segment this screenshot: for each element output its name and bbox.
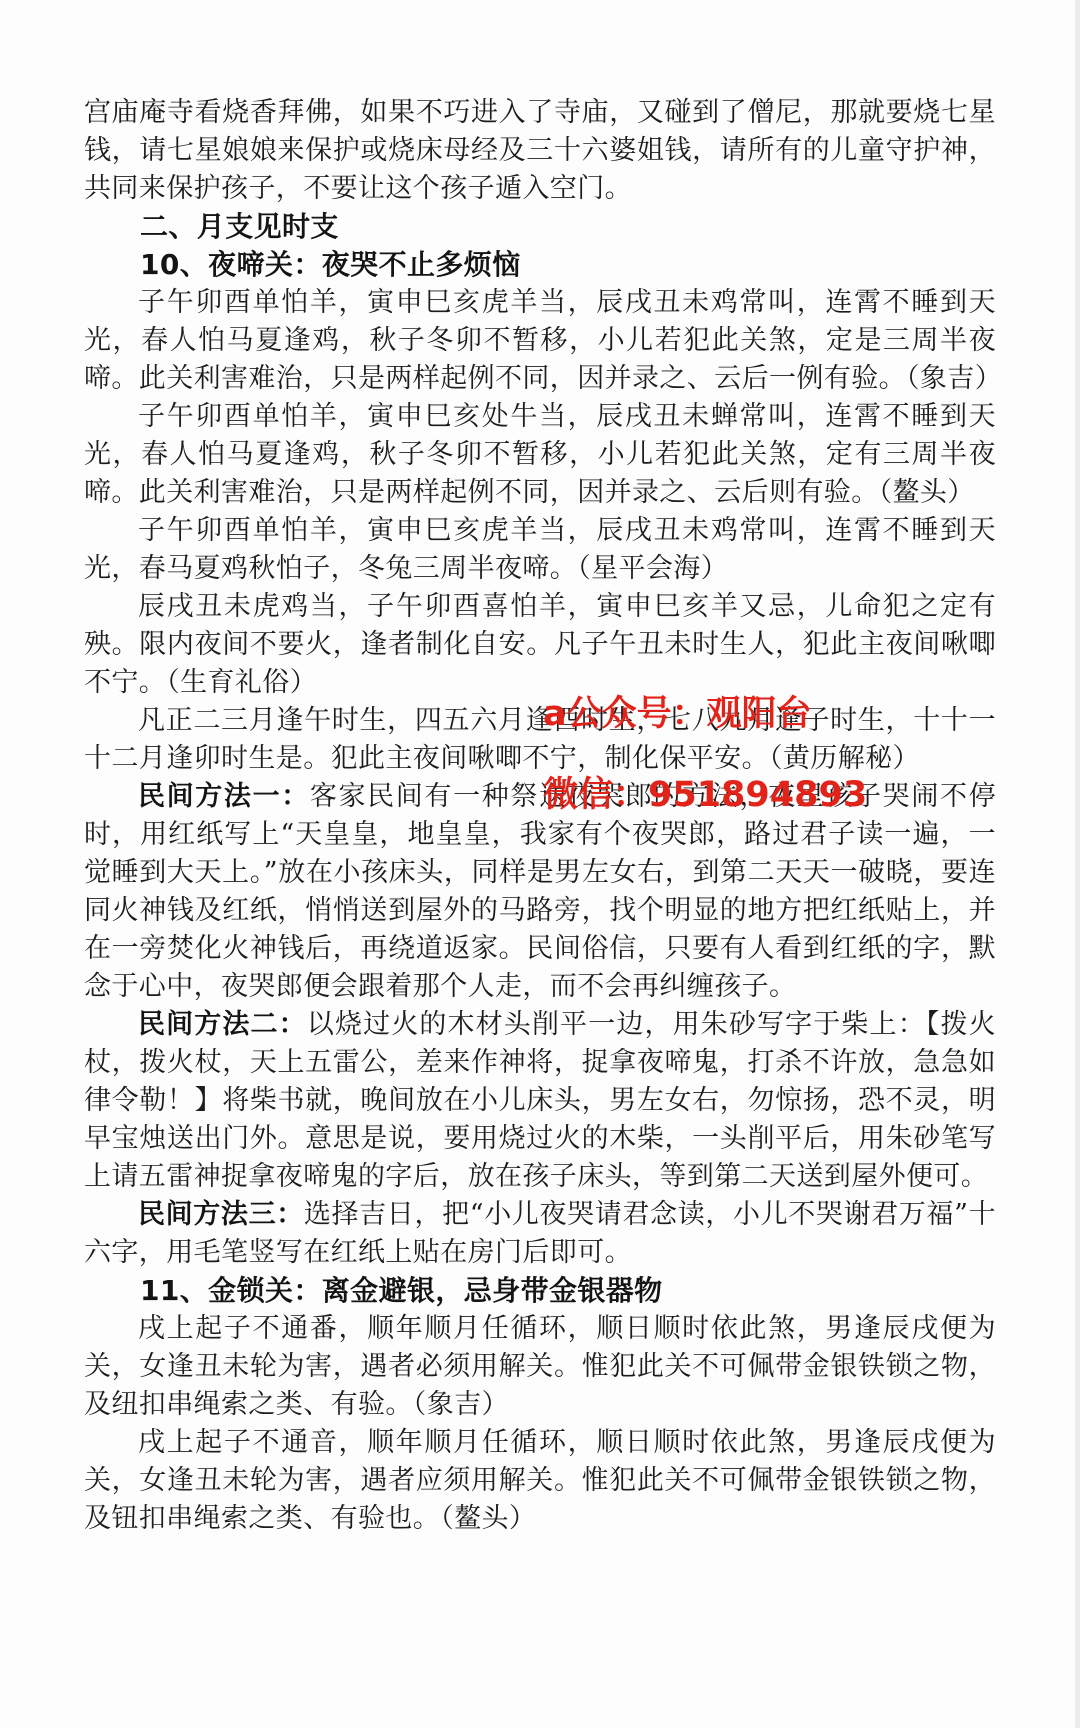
folk-method-2-label: 民间方法二： xyxy=(138,1009,307,1040)
section-heading-month-branch: 二、月支见时支 xyxy=(84,208,996,246)
folk-method-3-label: 民间方法三： xyxy=(138,1199,304,1230)
folk-method-1-label: 民间方法一： xyxy=(138,781,310,812)
page-edge-shadow xyxy=(1075,0,1080,1728)
paragraph-continuation: 宫庙庵寺看烧香拜佛，如果不巧进入了寺庙，又碰到了僧尼，那就要烧七星钱，请七星娘娘… xyxy=(84,94,996,208)
folk-method-3-paragraph: 民间方法三：选择吉日，把“小儿夜哭请君念读，小儿不哭谢君万福”十六字，用毛笔竖写… xyxy=(84,1196,996,1272)
verse-paragraph-aotou: 子午卯酉单怕羊，寅申巳亥处牛当，辰戌丑未蝉常叫，连霄不睡到天光，春人怕马夏逢鸡，… xyxy=(84,398,996,512)
text-column: 宫庙庵寺看烧香拜佛，如果不巧进入了寺庙，又碰到了僧尼，那就要烧七星钱，请七星娘娘… xyxy=(84,94,996,1538)
document-page: 宫庙庵寺看烧香拜佛，如果不巧进入了寺庙，又碰到了僧尼，那就要烧七星钱，请七星娘娘… xyxy=(0,0,1080,1728)
verse-paragraph-goldlock-xiangji: 戌上起子不通番，顺年顺月任循环，顺日顺时依此煞，男逢辰戌便为关，女逢丑未轮为害，… xyxy=(84,1310,996,1424)
topic-heading-10-night-cry: 10、夜啼关：夜哭不止多烦恼 xyxy=(84,246,996,284)
verse-paragraph-shengyulisu: 辰戌丑未虎鸡当，子午卯酉喜怕羊，寅申巳亥羊又忌，儿命犯之定有殃。限内夜间不要火，… xyxy=(84,588,996,702)
watermark-public-account-text: a公众号：观阳台 xyxy=(543,697,812,732)
watermark-wechat-id-text: 微信：951894893 xyxy=(543,778,867,813)
verse-paragraph-goldlock-aotou: 戌上起子不通音，顺年顺月任循环，顺日顺时依此煞，男逢辰戌便为关，女逢丑未轮为害，… xyxy=(84,1424,996,1538)
verse-paragraph-xingpinghuihai: 子午卯酉单怕羊，寅申巳亥虎羊当，辰戌丑未鸡常叫，连霄不睡到天光，春马夏鸡秋怕子，… xyxy=(84,512,996,588)
folk-method-2-paragraph: 民间方法二：以烧过火的木材头削平一边，用朱砂写字于柴上：【拨火杖，拨火杖，天上五… xyxy=(84,1006,996,1196)
verse-paragraph-huanglijiemi: 凡正二三月逢午时生，四五六月逢酉时生，七八九月逢子时生，十十一十二月逢卯时生是。… xyxy=(84,702,996,778)
verse-paragraph-xiangji: 子午卯酉单怕羊，寅申巳亥虎羊当，辰戌丑未鸡常叫，连霄不睡到天光，春人怕马夏逢鸡，… xyxy=(84,284,996,398)
topic-heading-11-gold-lock: 11、金锁关：离金避银，忌身带金银器物 xyxy=(84,1272,996,1310)
